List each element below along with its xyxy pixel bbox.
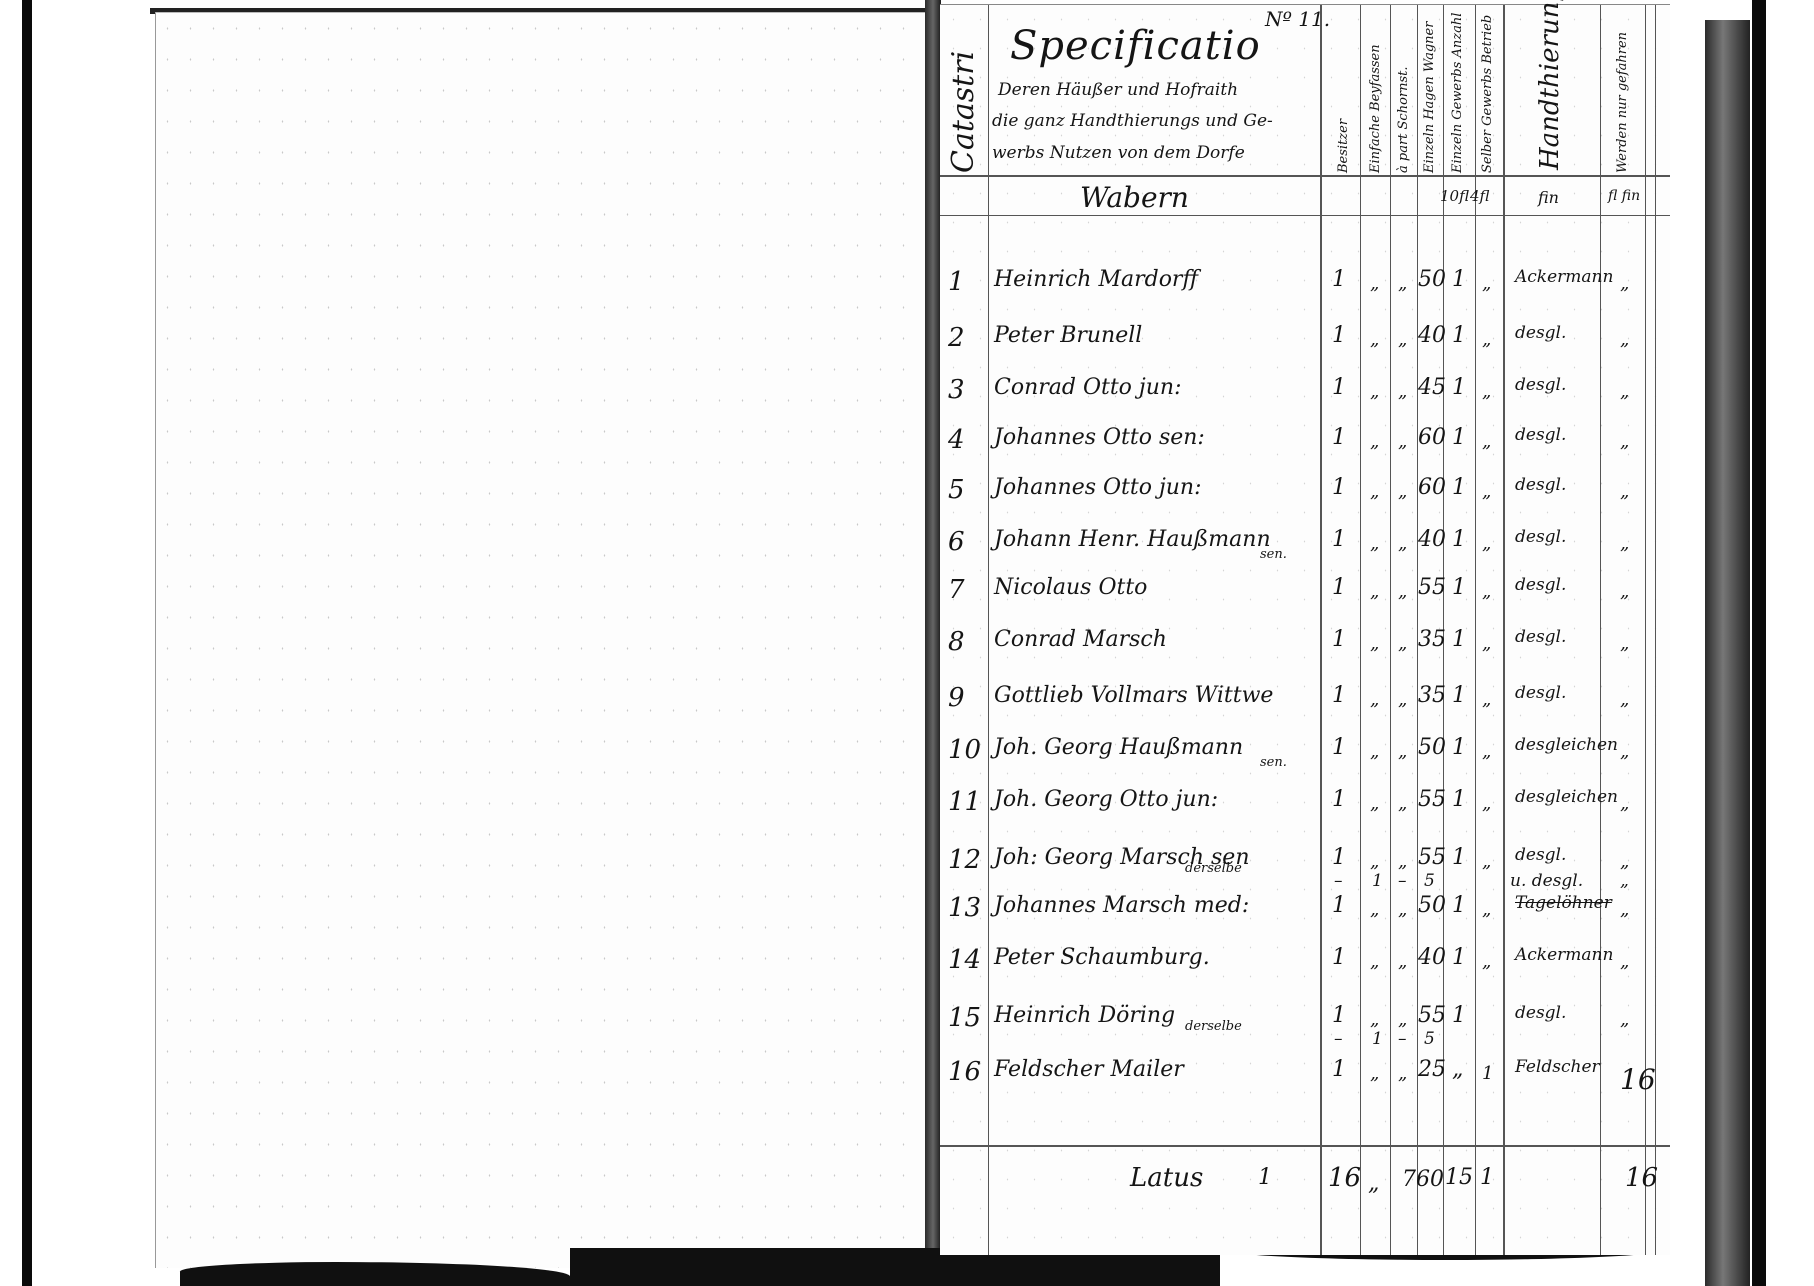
row-c3: „ xyxy=(1398,899,1407,920)
subtitle-line-1: Deren Häußer und Hofraith xyxy=(998,80,1238,100)
row-c6: „ xyxy=(1482,533,1491,554)
row-c1: 1 xyxy=(1332,475,1346,500)
row-c8: „ xyxy=(1620,1009,1629,1030)
row-sub-c1: – xyxy=(1334,1029,1343,1049)
row-trade: Feldscher xyxy=(1515,1057,1600,1077)
row-c2: „ xyxy=(1370,1063,1379,1084)
row-sub-c1: – xyxy=(1334,871,1343,891)
row-number: 15 xyxy=(948,1003,981,1033)
row-c5: 1 xyxy=(1452,845,1466,870)
row-trade: desgl. xyxy=(1515,375,1566,395)
row-c5: 1 xyxy=(1452,425,1466,450)
row-c6: „ xyxy=(1482,741,1491,762)
row-c1: 1 xyxy=(1332,375,1346,400)
row-c5: 1 xyxy=(1452,267,1466,292)
row-trade: desgl. xyxy=(1515,425,1566,445)
row-name: Heinrich Mardorff xyxy=(994,267,1198,292)
row-c5: 1 xyxy=(1452,735,1466,760)
row-c4: 50 xyxy=(1418,735,1446,760)
row-c2: „ xyxy=(1370,381,1379,402)
page-number: Nº 11. xyxy=(1265,7,1330,31)
row-c6: „ xyxy=(1482,633,1491,654)
row-name: Nicolaus Otto xyxy=(994,575,1147,600)
row-c1: 1 xyxy=(1332,575,1346,600)
row-name: Joh. Georg Haußmann xyxy=(994,735,1243,760)
row-c3: „ xyxy=(1398,329,1407,350)
row-c4: 55 xyxy=(1418,787,1446,812)
row-sub-c4: 5 xyxy=(1424,1029,1435,1049)
row-sub-c8: „ xyxy=(1620,871,1629,891)
row-number: 1 xyxy=(948,267,965,297)
row-trade: desgl. xyxy=(1515,527,1566,547)
row-c4: 35 xyxy=(1418,627,1446,652)
row-trade: Ackermann xyxy=(1515,267,1613,287)
row-c5: 1 xyxy=(1452,375,1466,400)
row-trade: desgl. xyxy=(1515,627,1566,647)
row-c4: 50 xyxy=(1418,267,1446,292)
row-c1: 1 xyxy=(1332,267,1346,292)
row-c2: „ xyxy=(1370,633,1379,654)
row-c8: „ xyxy=(1620,851,1629,872)
row-sub-c2: 1 xyxy=(1372,1029,1383,1049)
row-c3: „ xyxy=(1398,633,1407,654)
row-c5: 1 xyxy=(1452,683,1466,708)
row-c4: 55 xyxy=(1418,1003,1446,1028)
row-c8: „ xyxy=(1620,793,1629,814)
row-c1: 1 xyxy=(1332,787,1346,812)
rule-col1 xyxy=(1360,5,1361,1255)
row-number: 7 xyxy=(948,575,965,605)
col-header-4: Einzeln Hagen Wagner xyxy=(1422,22,1437,173)
row-c6: „ xyxy=(1482,899,1491,920)
row-number: 2 xyxy=(948,323,965,353)
row-c1: 1 xyxy=(1332,945,1346,970)
row-c8: „ xyxy=(1620,633,1629,654)
row-number: 13 xyxy=(948,893,981,923)
rule-col7 xyxy=(1600,5,1601,1255)
row-c6: „ xyxy=(1482,273,1491,294)
row-c3: „ xyxy=(1398,951,1407,972)
col-header-1: Besitzer xyxy=(1336,119,1351,173)
row-c1: 1 xyxy=(1332,323,1346,348)
col-header-2: Einfache Beyfassen xyxy=(1368,44,1383,173)
rule-col6 xyxy=(1503,5,1505,1255)
row-c2: „ xyxy=(1370,431,1379,452)
row-c1: 1 xyxy=(1332,1003,1346,1028)
rule-header-bottom xyxy=(940,175,1670,177)
row-trade: desgl. xyxy=(1515,683,1566,703)
row-c3: „ xyxy=(1398,741,1407,762)
row-note: derselbe xyxy=(1185,861,1242,876)
row-c5: 1 xyxy=(1452,475,1466,500)
row-name: Johannes Otto jun: xyxy=(994,475,1202,500)
row-c2: „ xyxy=(1370,951,1379,972)
row-c4: 55 xyxy=(1418,575,1446,600)
row-c5: 1 xyxy=(1452,945,1466,970)
row-c5: 1 xyxy=(1452,893,1466,918)
row-c5: „ xyxy=(1452,1057,1463,1082)
row-c2: „ xyxy=(1370,273,1379,294)
row-c5: 1 xyxy=(1452,627,1466,652)
row-sub-trade: u. desgl. xyxy=(1510,871,1583,891)
row-c3: „ xyxy=(1398,431,1407,452)
row-c2: „ xyxy=(1370,329,1379,350)
row-number: 9 xyxy=(948,683,965,713)
rule-section-bottom xyxy=(940,215,1670,216)
section-heading: Wabern xyxy=(1080,181,1189,214)
rule-catastri xyxy=(988,5,989,1255)
row-c4: 60 xyxy=(1418,425,1446,450)
col-header-7: Handthierung xyxy=(1535,0,1565,170)
row-sub-c4: 5 xyxy=(1424,871,1435,891)
row-c2: „ xyxy=(1370,741,1379,762)
row-c1: 1 xyxy=(1332,527,1346,552)
row-note: sen. xyxy=(1260,755,1287,770)
row-c4: 45 xyxy=(1418,375,1446,400)
col-header-8: Werden nur gefahren xyxy=(1615,32,1630,173)
scan-right-edge xyxy=(1752,0,1766,1286)
row-name: Peter Schaumburg. xyxy=(994,945,1210,970)
row-c8: „ xyxy=(1620,951,1629,972)
row-sub-c3: – xyxy=(1398,1029,1407,1049)
row-c4: 40 xyxy=(1418,945,1446,970)
row-c3: „ xyxy=(1398,851,1407,872)
row-number: 10 xyxy=(948,735,981,765)
rule-total-top xyxy=(940,1145,1670,1147)
row-c4: 25 xyxy=(1418,1057,1446,1082)
row-c1: 1 xyxy=(1332,425,1346,450)
row-number: 16 xyxy=(948,1057,981,1087)
row-name: Feldscher Mailer xyxy=(994,1057,1184,1082)
row-c2: „ xyxy=(1370,581,1379,602)
row-name: Conrad Otto jun: xyxy=(994,375,1181,400)
rule-col2 xyxy=(1390,5,1391,1255)
row-c1: 1 xyxy=(1332,683,1346,708)
row-c6: „ xyxy=(1482,431,1491,452)
row-c3: „ xyxy=(1398,381,1407,402)
total-c5: 15 xyxy=(1445,1165,1473,1190)
total-c6: 1 xyxy=(1480,1165,1494,1190)
row-c4: 40 xyxy=(1418,527,1446,552)
row-c1: 1 xyxy=(1332,845,1346,870)
row-name: Peter Brunell xyxy=(994,323,1142,348)
row-sub-c2: 1 xyxy=(1372,871,1383,891)
total-label: Latus xyxy=(1130,1163,1203,1193)
row-trade: Tagelöhner xyxy=(1515,893,1612,913)
row-name: Johannes Marsch med: xyxy=(994,893,1249,918)
row-c2: „ xyxy=(1370,533,1379,554)
subtitle-line-3: werbs Nutzen von dem Dorfe xyxy=(992,143,1245,163)
row-c1: 1 xyxy=(1332,627,1346,652)
ledger-page: Catastri Specificatio Nº 11. Deren Häuße… xyxy=(940,4,1670,1255)
row-c5: 1 xyxy=(1452,575,1466,600)
row-c2: „ xyxy=(1370,1009,1379,1030)
row-trade: desgl. xyxy=(1515,475,1566,495)
row-trade: desgl. xyxy=(1515,1003,1566,1023)
row-trade: desgleichen xyxy=(1515,735,1618,755)
row-note: sen. xyxy=(1260,547,1287,562)
row-c8: „ xyxy=(1620,581,1629,602)
row-c6: „ xyxy=(1482,793,1491,814)
row-c3: „ xyxy=(1398,689,1407,710)
row-c3: „ xyxy=(1398,481,1407,502)
row-c3: „ xyxy=(1398,581,1407,602)
total-c1: 16 xyxy=(1328,1163,1361,1193)
row-c4: 50 xyxy=(1418,893,1446,918)
row-c8: 16 xyxy=(1620,1063,1656,1096)
row-number: 6 xyxy=(948,527,965,557)
row-name: Johannes Otto sen: xyxy=(994,425,1205,450)
row-trade: Ackermann xyxy=(1515,945,1613,965)
row-c8: „ xyxy=(1620,533,1629,554)
total-c2: „ xyxy=(1368,1171,1379,1196)
row-c5: 1 xyxy=(1452,527,1466,552)
row-c3: „ xyxy=(1398,1009,1407,1030)
row-number: 5 xyxy=(948,475,965,505)
row-number: 4 xyxy=(948,425,965,455)
unit-fl-fin: fl fin xyxy=(1608,188,1640,204)
row-c8: „ xyxy=(1620,273,1629,294)
row-c2: „ xyxy=(1370,793,1379,814)
row-number: 3 xyxy=(948,375,965,405)
row-c8: „ xyxy=(1620,481,1629,502)
row-c8: „ xyxy=(1620,899,1629,920)
row-c6: „ xyxy=(1482,581,1491,602)
col-header-3: à part Schornst. xyxy=(1396,66,1411,173)
row-sub-c3: – xyxy=(1398,871,1407,891)
row-c6: „ xyxy=(1482,329,1491,350)
rule-name-end xyxy=(1320,5,1322,1255)
row-c3: „ xyxy=(1398,273,1407,294)
row-number: 12 xyxy=(948,845,981,875)
row-c8: „ xyxy=(1620,741,1629,762)
row-c5: 1 xyxy=(1452,323,1466,348)
row-name: Johann Henr. Haußmann xyxy=(994,527,1271,552)
total-c4: 760 xyxy=(1402,1167,1444,1192)
book-spine-right xyxy=(1705,20,1750,1286)
catastri-header: Catastri xyxy=(946,51,981,173)
row-number: 11 xyxy=(948,787,981,817)
row-c1: 1 xyxy=(1332,1057,1346,1082)
row-c2: „ xyxy=(1370,689,1379,710)
row-c6: „ xyxy=(1482,851,1491,872)
unit-10fl: 10fl xyxy=(1440,187,1469,205)
row-c4: 55 xyxy=(1418,845,1446,870)
row-c3: „ xyxy=(1398,793,1407,814)
row-c6: „ xyxy=(1482,481,1491,502)
left-page-blank xyxy=(155,12,934,1268)
total-label-num: 1 xyxy=(1258,1165,1272,1190)
row-c2: „ xyxy=(1370,851,1379,872)
row-c6: „ xyxy=(1482,951,1491,972)
row-c4: 60 xyxy=(1418,475,1446,500)
row-c3: „ xyxy=(1398,1063,1407,1084)
row-number: 8 xyxy=(948,627,965,657)
row-name: Heinrich Döring xyxy=(994,1003,1175,1028)
row-c8: „ xyxy=(1620,329,1629,350)
row-trade: desgleichen xyxy=(1515,787,1618,807)
row-c4: 40 xyxy=(1418,323,1446,348)
document-title: Specificatio xyxy=(1010,23,1261,69)
row-name: Gottlieb Vollmars Wittwe xyxy=(994,683,1273,708)
row-number: 14 xyxy=(948,945,981,975)
row-c5: 1 xyxy=(1452,1003,1466,1028)
row-c8: „ xyxy=(1620,431,1629,452)
book-gutter xyxy=(925,0,941,1270)
subtitle-line-2: die ganz Handthierungs und Ge- xyxy=(992,111,1273,131)
row-trade: desgl. xyxy=(1515,845,1566,865)
col-header-6: Selber Gewerbs Betrieb xyxy=(1480,15,1495,173)
row-name: Joh. Georg Otto jun: xyxy=(994,787,1218,812)
row-c1: 1 xyxy=(1332,735,1346,760)
row-c8: „ xyxy=(1620,381,1629,402)
row-c1: 1 xyxy=(1332,893,1346,918)
row-trade: desgl. xyxy=(1515,323,1566,343)
total-c8: 16 xyxy=(1625,1163,1658,1193)
row-c2: „ xyxy=(1370,481,1379,502)
row-c3: „ xyxy=(1398,533,1407,554)
unit-4fl: 4fl xyxy=(1470,187,1490,205)
row-c6: 1 xyxy=(1482,1063,1493,1084)
row-c2: „ xyxy=(1370,899,1379,920)
row-c6: „ xyxy=(1482,689,1491,710)
row-c5: 1 xyxy=(1452,787,1466,812)
col-header-5: Einzeln Gewerbs Anzahl xyxy=(1450,13,1465,173)
row-trade: desgl. xyxy=(1515,575,1566,595)
unit-fin: fin xyxy=(1538,188,1559,207)
row-c8: „ xyxy=(1620,689,1629,710)
row-c4: 35 xyxy=(1418,683,1446,708)
scan-left-edge xyxy=(22,0,32,1286)
row-c6: „ xyxy=(1482,381,1491,402)
row-note: derselbe xyxy=(1185,1019,1242,1034)
row-name: Conrad Marsch xyxy=(994,627,1167,652)
